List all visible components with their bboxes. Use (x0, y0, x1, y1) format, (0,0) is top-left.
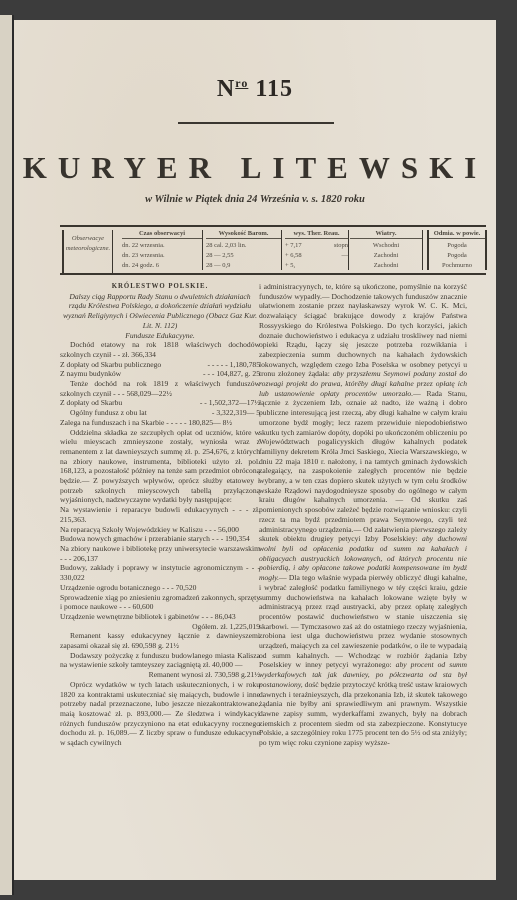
cell-barometer: 28 — 2,55 (206, 251, 281, 261)
subheading: Fundusze Edukacyyne. (60, 331, 260, 341)
cell-barometer: 28 — 0,9 (206, 261, 281, 271)
weather-col-barometer: Wysokość Barom. 28 cal. 2,03 lin. 28 — 2… (203, 230, 282, 270)
expenses-total: Ogółem. zł. 1,225,019 (60, 622, 260, 632)
expense-value: 70,520 (176, 583, 197, 592)
thermo-unit: — (342, 251, 349, 261)
thermo-value: + 6,58 (285, 251, 302, 261)
issue-number-suffix: ro (235, 76, 248, 90)
value: zł. 40,000 — (203, 660, 243, 669)
expense-item: Budowa nowych gmachów i przerabianie sta… (60, 534, 260, 544)
cell-sky: Pogoda (429, 251, 485, 261)
paragraph: Oprócz wydatków w tych latach uskuteczni… (60, 680, 260, 748)
cell-thermometer: + 5, (285, 261, 348, 271)
expense-item: Urządzenie ogrodu botanicznego - - - 70,… (60, 583, 260, 593)
paragraph: Dochód etatowy na rok 1818 właściwych do… (60, 340, 260, 359)
expense-value: 86,043 (215, 612, 236, 621)
left-column: KRÓLESTWO POLSKIE. Dalszy ciąg Rapportu … (60, 282, 260, 748)
weather-table: Obserwacye meteorologiczne. Czas obserwa… (60, 225, 486, 275)
expense-item: Na reparacyą Szkoły Wojewódzkiey w Kalis… (60, 525, 260, 535)
header-barometer: Wysokość Barom. (206, 230, 281, 239)
header-time: Czas obserwacyi (122, 230, 202, 239)
expense-label: Sprowadzenie xiąg po zniesieniu zgromadz… (60, 593, 260, 612)
right-column: i administracyynych, te, które są ukończ… (259, 282, 467, 748)
cell-barometer: 28 cal. 2,03 lin. (206, 241, 281, 251)
ledger-label: Ogólny fundusz z obu lat (60, 408, 147, 418)
cell-time: dn. 24 godz. 6 (122, 261, 202, 271)
header-wind: Wiatry. (350, 230, 422, 239)
expense-label: Na zbiory naukowe i bibliotekę przy uniw… (60, 544, 260, 553)
cell-time: dn. 23 wrzesnia. (122, 251, 202, 261)
expense-label: Na reparacyą Szkoły Wojewódzkiey w Kalis… (60, 525, 203, 534)
remanent-total: Remanent wynosi zł. 730,598 g.21½ (60, 670, 260, 680)
issue-number-prefix: N (217, 76, 235, 102)
cell-time: dn. 22 wrzesnia. (122, 241, 202, 251)
value: - - zł. 366,334 (113, 350, 156, 359)
ledger-label: Z naymu budynków (60, 369, 121, 379)
expense-value: 56,000 (218, 525, 239, 534)
thermo-value: + 5, (285, 261, 295, 271)
value: - - - 568,029—22½ (113, 389, 172, 398)
section-heading: KRÓLESTWO POLSKIE. (60, 282, 260, 292)
expense-value: 206,137 (73, 554, 98, 563)
expense-item: Na wystawienie i reparacye budowli eduka… (60, 505, 260, 524)
cell-wind: Zachodni (350, 261, 422, 271)
article-intro: Dalszy ciąg Rapportu Rady Stanu o dwulet… (60, 292, 260, 331)
text: — Dla tego właśnie wypada pierwéy oblicz… (259, 573, 467, 669)
header-sky: Odmia. w powie. (429, 230, 485, 239)
thermo-value: + 7,17 (285, 241, 302, 251)
ledger-row: Z naymu budynków- - - 104,827, g. 25 (60, 369, 260, 379)
value: - - - - - 180,825— 8½ (166, 418, 232, 427)
text: dość będzie przytoczyć krótką treść usta… (259, 680, 467, 747)
text: Dochód etatowy na rok 1818 właściwych do… (60, 340, 260, 359)
paragraph: Remanent kassy edukacyyney łącznie z daw… (60, 631, 260, 650)
expense-label: Budowy, zakłady i poprawy w instytucie a… (60, 563, 243, 572)
ledger-row: Ogólny fundusz z obu lat- 3,322,319— 5 (60, 408, 260, 418)
expense-item: Budowy, zakłady i poprawy w instytucie a… (60, 563, 260, 582)
expense-item: Sprowadzenie xiąg po zniesieniu zgromadz… (60, 593, 260, 612)
expense-label: Na wystawienie i reparacye budowli eduka… (60, 505, 228, 514)
newspaper-page: Nro 115 KURYER LITEWSKI w Wilnie w Piąte… (14, 20, 496, 880)
cell-wind: Wschodni (350, 241, 422, 251)
masthead-rule (178, 122, 334, 124)
ledger-value: - - 1,502,372—17½ (200, 398, 260, 408)
dateline: w Wilnie w Piątek dnia 24 Września v. s.… (14, 194, 496, 205)
weather-col-thermometer: wys. Ther. Reau. + 7,17stopn + 6,58— + 5… (282, 230, 349, 270)
ledger-value: - - - 104,827, g. 25 (203, 369, 260, 379)
newspaper-title: KURYER LITEWSKI (14, 150, 496, 186)
paragraph: Tenże dochód na rok 1819 z właściwych fu… (60, 379, 260, 398)
header-thermometer: wys. Ther. Reau. (285, 230, 348, 239)
expense-value: 60,600 (133, 602, 154, 611)
cell-sky: Pogoda (429, 241, 485, 251)
weather-col-wind: Wiatry. Wschodni Zachodni Zachodni (350, 230, 423, 270)
cell-thermometer: + 7,17stopn (285, 241, 348, 251)
cell-thermometer: + 6,58— (285, 251, 348, 261)
weather-col-time: Czas obserwacyi dn. 22 wrzesnia. dn. 23 … (118, 230, 203, 270)
issue-number: Nro 115 (14, 76, 496, 103)
ledger-row: Z dopłaty od Skarbu- - 1,502,372—17½ (60, 398, 260, 408)
expense-value: 190,354 (225, 534, 250, 543)
value: zł. 690,598 g. 21½ (122, 641, 179, 650)
paragraph: Dodawszy pożyczkę z funduszu budowlanego… (60, 651, 260, 670)
text: — Rada Stanu, łącznie z życzeniem Izb, o… (259, 389, 467, 544)
expense-item: Na zbiory naukowe i bibliotekę przy uniw… (60, 544, 260, 563)
expense-label: Budowa nowych gmachów i przerabianie sta… (60, 534, 210, 543)
paragraph: Oddzielna składka ze szczupłych opłat od… (60, 428, 260, 506)
expense-label: Urządzenie ogrodu botanicznego (60, 583, 160, 592)
weather-col-sky: Odmia. w powie. Pogoda Pogoda Pochmurno (427, 230, 487, 270)
expense-label: Urządzenie wewnętrzne bibliotek i gabine… (60, 612, 200, 621)
weather-label: Obserwacye meteorologiczne. (62, 230, 113, 274)
ledger-value: - - - - - 1,180,785 (207, 360, 260, 370)
paragraph: i administracyynych, te, które są ukończ… (259, 282, 467, 748)
expense-item: Urządzenie wewnętrzne bibliotek i gabine… (60, 612, 260, 622)
text: Zalega na funduszach i na Skarbie (60, 418, 164, 427)
ledger-label: Z dopłaty od Skarbu (60, 398, 122, 408)
issue-number-value: 115 (255, 76, 293, 102)
cell-sky: Pochmurno (429, 261, 485, 271)
adjacent-page-edge (0, 15, 14, 895)
expense-list: Na wystawienie i reparacye budowli eduka… (60, 505, 260, 621)
ledger-value: - 3,322,319— 5 (202, 408, 260, 418)
paragraph: Zalega na funduszach i na Skarbie - - - … (60, 418, 260, 428)
text: i administracyynych, te, które są ukończ… (259, 282, 467, 378)
ledger-label: Z dopłaty od Skarbu publicznego (60, 360, 161, 370)
expense-value: 330,022 (60, 573, 85, 582)
cell-wind: Zachodni (350, 251, 422, 261)
thermo-unit: stopn (334, 241, 348, 251)
ledger-row: Z dopłaty od Skarbu publicznego- - - - -… (60, 360, 260, 370)
